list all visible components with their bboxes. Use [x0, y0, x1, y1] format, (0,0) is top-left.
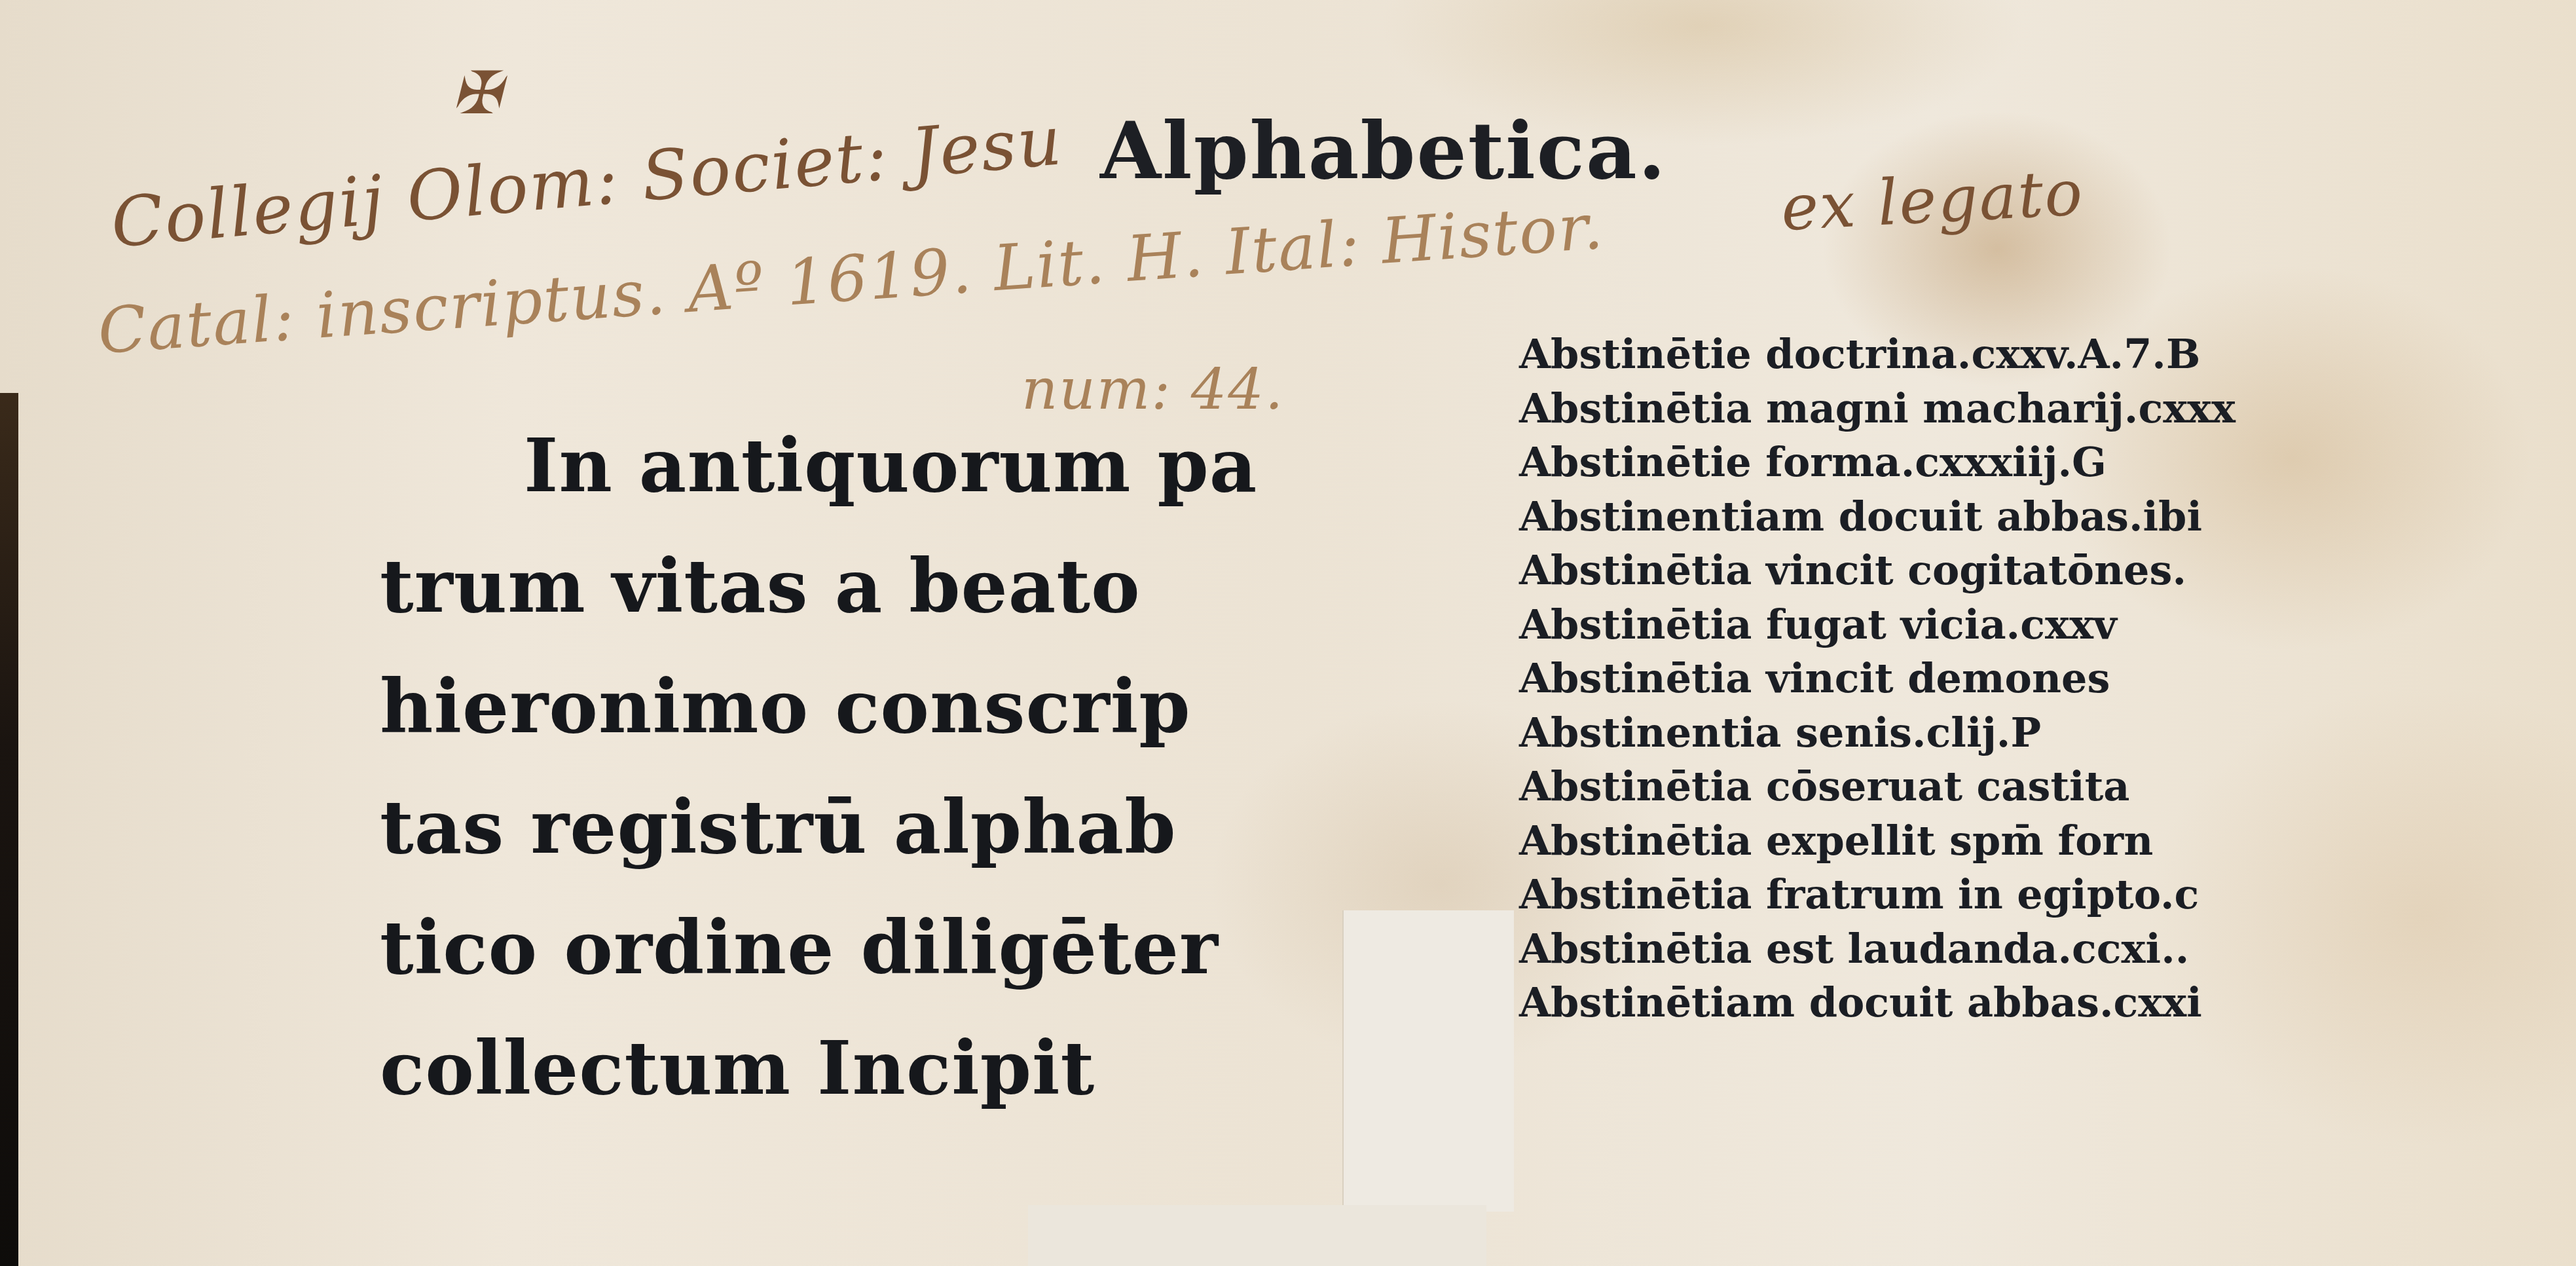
title-line: tico ordine diligēter	[380, 888, 1257, 1009]
index-entry: Abstinētia expellit spm̄ forn	[1519, 814, 2236, 868]
index-column: Abstinētie doctrina.cxxv.A.7.B Abstinēti…	[1519, 327, 2236, 1030]
index-entry: Abstinētiam docuit abbas.cxxi	[1519, 976, 2236, 1030]
title-line: tas registrū alphab	[380, 768, 1257, 888]
page-heading: Alphabetica.	[1100, 105, 1666, 197]
handwritten-line-1-right: ex legato	[1779, 156, 2085, 245]
ownership-cross-mark: ✠	[452, 59, 502, 128]
index-entry: Abstinētia magni macharij.cxxx	[1519, 382, 2236, 436]
index-entry: Abstinētia vincit demones	[1519, 652, 2236, 706]
index-entry: Abstinētia est laudanda.ccxi..	[1519, 922, 2236, 977]
paper-repair-patch	[1342, 910, 1514, 1212]
index-entry: Abstinētia vincit cogitatōnes.	[1519, 544, 2236, 598]
index-entry: Abstinētie forma.cxxxiij.G	[1519, 436, 2236, 490]
index-entry: Abstinētia fratrum in egipto.c	[1519, 868, 2236, 922]
paper-repair-patch-bottom	[1028, 1205, 1486, 1266]
index-entry: Abstinentia senis.clij.P	[1519, 706, 2236, 760]
index-entry: Abstinētie doctrina.cxxv.A.7.B	[1519, 327, 2236, 382]
binding-edge	[0, 393, 18, 1266]
title-line: collectum Incipit	[380, 1009, 1257, 1129]
manuscript-page: ✠ Collegij Olom: Societ: Jesu ex legato …	[0, 0, 2576, 1266]
title-line: trum vitas a beato	[380, 527, 1257, 647]
index-entry: Abstinētia fugat vicia.cxxv	[1519, 598, 2236, 652]
title-line: hieronimo conscrip	[380, 647, 1257, 768]
title-line: In antiquorum pa	[380, 406, 1257, 527]
index-entry: Abstinentiam docuit abbas.ibi	[1519, 490, 2236, 544]
index-entry: Abstinētia cōseruat castita	[1519, 760, 2236, 814]
title-block: In antiquorum pa trum vitas a beato hier…	[380, 406, 1257, 1129]
